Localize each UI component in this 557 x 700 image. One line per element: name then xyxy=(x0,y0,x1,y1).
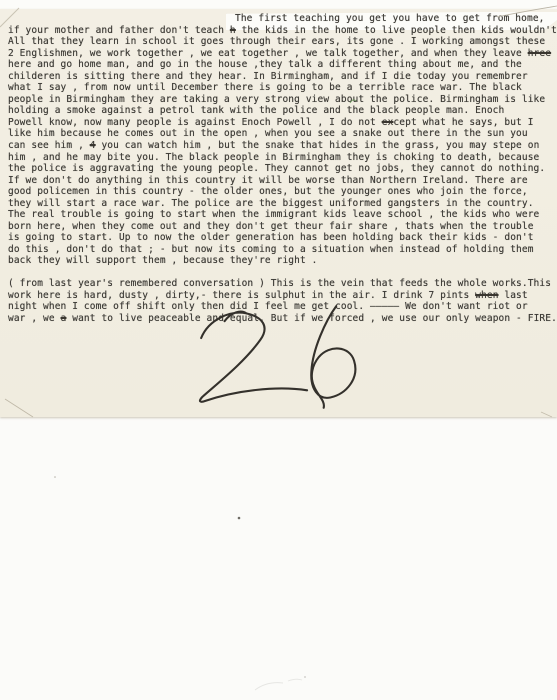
typed-line: is going to start. Up to now the older g… xyxy=(8,232,553,244)
typed-line: work here is hard, dusty , dirty,- there… xyxy=(8,290,553,302)
typed-line: the police is aggravating the young peop… xyxy=(8,163,553,175)
ink-speck xyxy=(238,517,241,520)
typed-line: The first teaching you get you have to g… xyxy=(235,13,553,25)
handwritten-page-number xyxy=(186,302,388,419)
text-segment: ( from last year's remembered conversati… xyxy=(8,278,551,289)
text-segment: Powell know, now many people is against … xyxy=(8,117,382,128)
typed-line: people in Birmingham they are taking a v… xyxy=(8,94,553,106)
typed-line: born here, when they come out and they d… xyxy=(8,221,553,233)
text-segment: All that they learn in school it goes th… xyxy=(8,36,545,47)
typed-line: what I say , from now until December the… xyxy=(8,82,553,94)
text-segment: is going to start. Up to now the older g… xyxy=(8,232,534,243)
text-segment: him , and he may bite you. The black peo… xyxy=(8,152,539,163)
text-segment: holding a smoke against a petrol tank wi… xyxy=(8,105,504,116)
text-segment: here and go home man, and go in the hous… xyxy=(8,59,522,70)
typed-sheet: The first teaching you get you have to g… xyxy=(0,9,557,417)
typed-line: good policemen in this country - the old… xyxy=(8,186,553,198)
text-segment: do this , don't do that ; - but now its … xyxy=(8,244,534,255)
scanned-document-page: The first teaching you get you have to g… xyxy=(0,0,557,700)
typed-line: like him because he comes out in the ope… xyxy=(8,128,553,140)
typed-line: here and go home man, and go in the hous… xyxy=(8,59,553,71)
typed-line: do this , don't do that ; - but now its … xyxy=(8,244,553,256)
typed-line: childeren is sitting there and they hear… xyxy=(8,71,553,83)
typed-line: can see him , 4 you can watch him , but … xyxy=(8,140,553,152)
text-segment: back they will support them , because th… xyxy=(8,255,318,266)
text-segment: last xyxy=(499,290,528,301)
text-segment: born here, when they come out and they d… xyxy=(8,221,534,232)
typed-line: back they will support them , because th… xyxy=(8,255,553,267)
text-segment: childeren is sitting there and they hear… xyxy=(8,71,528,82)
text-segment: can see him , xyxy=(8,140,90,151)
typed-line: All that they learn in school it goes th… xyxy=(8,36,553,48)
text-segment: The real trouble is going to start when … xyxy=(8,209,539,220)
text-segment: The first teaching you get you have to g… xyxy=(235,13,545,24)
text-segment: they will start a race war. The police a… xyxy=(8,198,534,209)
smudge-speck xyxy=(304,676,306,678)
paragraph: The first teaching you get you have to g… xyxy=(8,13,553,267)
text-segment: cept what he says, but I xyxy=(393,117,533,128)
text-segment: you can watch him , but the snake that h… xyxy=(96,140,540,151)
text-segment: the kids in the home to live people then… xyxy=(236,25,557,36)
struck-text: when xyxy=(475,290,498,301)
typed-line: If we don't do anything in this country … xyxy=(8,175,553,187)
typed-line: Powell know, now many people is against … xyxy=(8,117,553,129)
typed-line: him , and he may bite you. The black peo… xyxy=(8,152,553,164)
text-segment: 2 Englishmen, we work together , we eat … xyxy=(8,48,528,59)
typed-line: holding a smoke against a petrol tank wi… xyxy=(8,105,553,117)
typed-line: they will start a race war. The police a… xyxy=(8,198,553,210)
struck-text: hree xyxy=(528,48,551,59)
bottom-smudge xyxy=(255,679,302,690)
text-segment: the police is aggravating the young peop… xyxy=(8,163,545,174)
text-segment: like him because he comes out in the ope… xyxy=(8,128,528,139)
text-segment: If we don't do anything in this country … xyxy=(8,175,528,186)
typed-line: ( from last year's remembered conversati… xyxy=(8,278,553,290)
typed-line: The real trouble is going to start when … xyxy=(8,209,553,221)
text-segment: good policemen in this country - the old… xyxy=(8,186,528,197)
text-segment: people in Birmingham they are taking a v… xyxy=(8,94,545,105)
text-segment: what I say , from now until December the… xyxy=(8,82,522,93)
text-segment: if your mother and father don't teach xyxy=(8,25,230,36)
typed-line: if your mother and father don't teach h … xyxy=(8,25,553,37)
typed-text: The first teaching you get you have to g… xyxy=(8,13,553,324)
struck-text: ex xyxy=(382,117,394,128)
text-segment: war , we xyxy=(8,313,61,324)
digit-6-stroke xyxy=(309,306,357,408)
digit-2-stroke xyxy=(197,309,307,401)
dust-speck xyxy=(54,476,56,478)
typed-line: 2 Englishmen, we work together , we eat … xyxy=(8,48,553,60)
text-segment: work here is hard, dusty , dirty,- there… xyxy=(8,290,475,301)
